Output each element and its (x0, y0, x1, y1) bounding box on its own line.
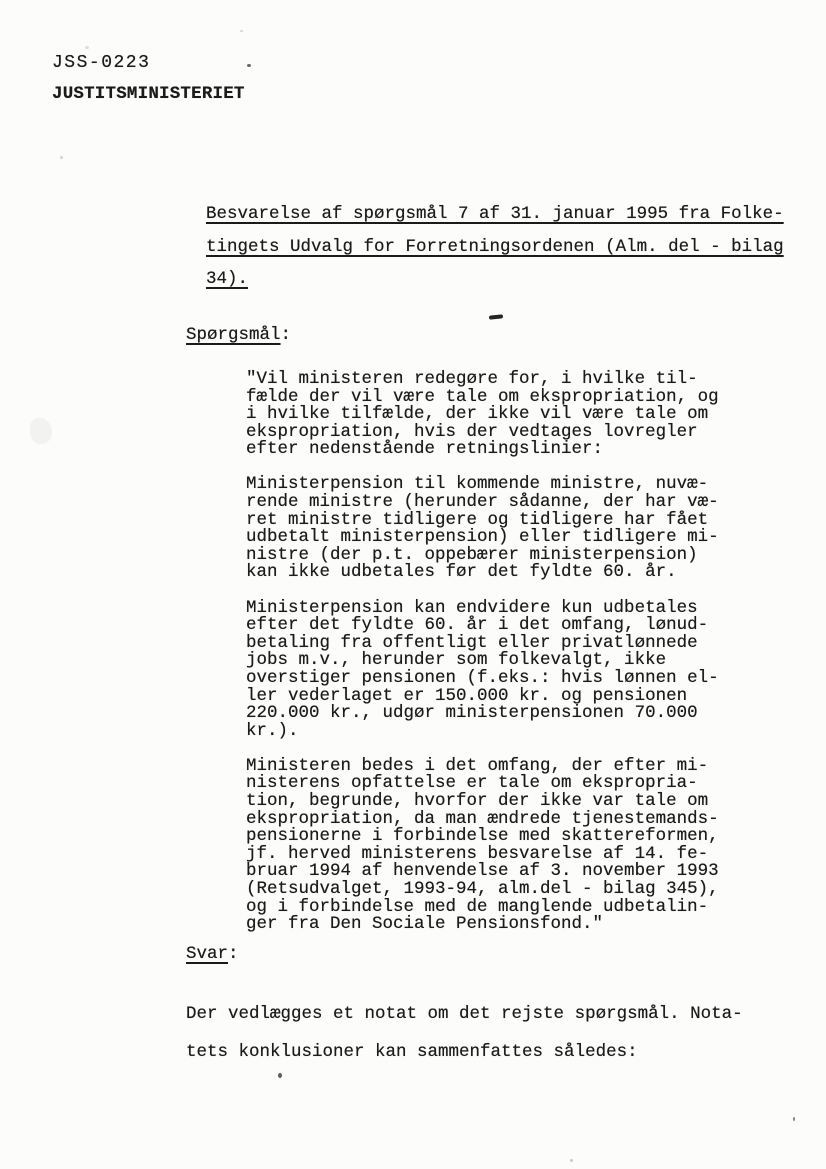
document-reference: JSS-0223 (52, 53, 150, 73)
question-paragraph-3: Ministerpension kan endvidere kun udbeta… (246, 600, 726, 741)
scan-speck (240, 30, 243, 32)
question-paragraph-1: "Vil ministeren redegøre for, i hvilke t… (246, 371, 726, 459)
scan-speck (85, 46, 89, 49)
document-page: JSS-0223 JUSTITSMINISTERIET Besvarelse a… (0, 0, 826, 1169)
question-paragraph-2: Ministerpension til kommende ministre, n… (246, 476, 726, 582)
answer-heading-colon: : (228, 944, 239, 964)
scan-speck (278, 1073, 282, 1078)
scan-smudge (30, 418, 52, 444)
subject-title: Besvarelse af spørgsmål 7 af 31. januar … (206, 198, 784, 296)
question-heading-label: Spørgsmål (186, 325, 281, 345)
scan-speck (247, 64, 251, 67)
scan-speck (570, 1159, 573, 1162)
scan-artifact-dash (489, 314, 503, 319)
answer-heading-label: Svar (186, 944, 228, 964)
question-paragraph-4: Ministeren bedes i det omfang, der efter… (246, 758, 726, 934)
question-heading: Spørgsmål: (186, 325, 291, 345)
ministry-name: JUSTITSMINISTERIET (52, 84, 245, 104)
scan-speck (60, 156, 63, 159)
answer-body: Der vedlægges et notat om det rejste spø… (186, 995, 743, 1071)
scan-speck (793, 1117, 795, 1121)
question-heading-colon: : (281, 325, 292, 345)
question-quote-block: "Vil ministeren redegøre for, i hvilke t… (246, 371, 726, 951)
answer-heading: Svar: (186, 944, 239, 964)
